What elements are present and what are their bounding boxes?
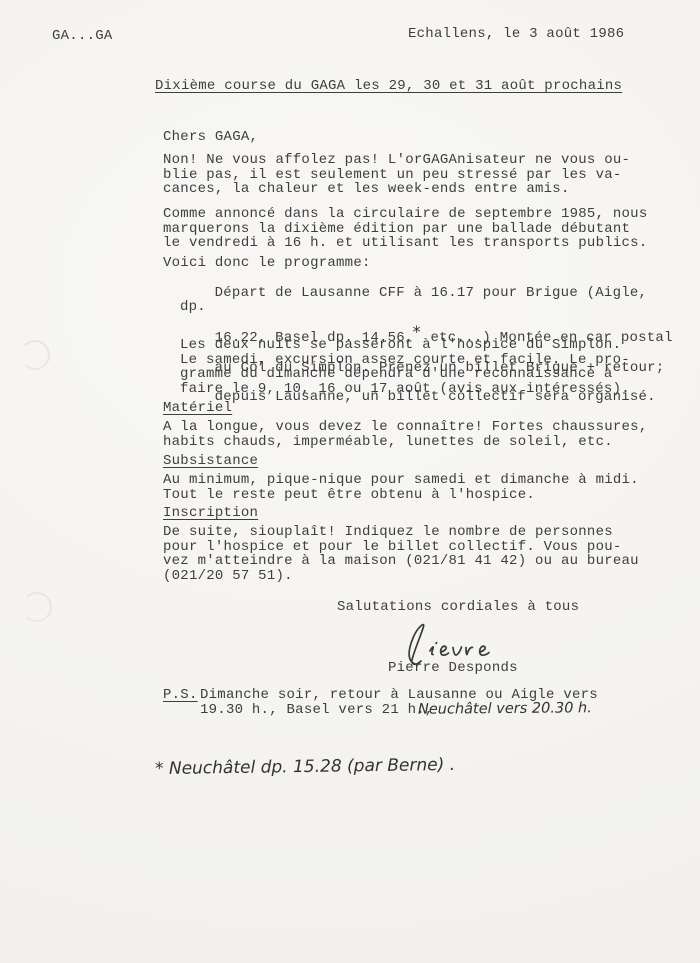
closing-line: Salutations cordiales à tous bbox=[337, 600, 579, 615]
paragraph-intro2: Comme annoncé dans la circulaire de sept… bbox=[163, 207, 673, 251]
section-heading-subsistance: Subsistance bbox=[163, 454, 258, 469]
header-dateline: Echallens, le 3 août 1986 bbox=[408, 27, 624, 42]
footnote-handwritten: * Neuchâtel dp. 15.28 (par Berne) . bbox=[155, 755, 455, 779]
paragraph-nights: Les deux nuits se passeront à l'hospice … bbox=[180, 338, 680, 396]
section-heading-materiel: Matériel bbox=[163, 401, 232, 416]
letter-title: Dixième course du GAGA les 29, 30 et 31 … bbox=[155, 79, 622, 94]
programme-line1: Départ de Lausanne CFF à 16.17 pour Brig… bbox=[180, 285, 656, 316]
section-body-subsistance: Au minimum, pique-nique pour samedi et d… bbox=[163, 473, 673, 502]
section-body-materiel: A la longue, vous devez le connaître! Fo… bbox=[163, 420, 673, 449]
punch-hole-bottom bbox=[22, 592, 52, 622]
punch-hole-top bbox=[20, 340, 50, 370]
scanned-letter-page: GA...GA Echallens, le 3 août 1986 Dixièm… bbox=[0, 0, 700, 963]
ps-handwritten-note: Neuchâtel vers 20.30 h. bbox=[418, 700, 592, 718]
programme-intro: Voici donc le programme: bbox=[163, 256, 371, 271]
typed-signature-name: Pierre Desponds bbox=[388, 661, 518, 676]
salutation: Chers GAGA, bbox=[163, 130, 258, 145]
ps-label: P.S. bbox=[163, 688, 198, 703]
header-reference: GA...GA bbox=[52, 29, 113, 44]
paragraph-intro1: Non! Ne vous affolez pas! L'orGAGAnisate… bbox=[163, 153, 663, 197]
section-body-inscription: De suite, siouplaît! Indiquez le nombre … bbox=[163, 525, 673, 583]
section-heading-inscription: Inscription bbox=[163, 506, 258, 521]
